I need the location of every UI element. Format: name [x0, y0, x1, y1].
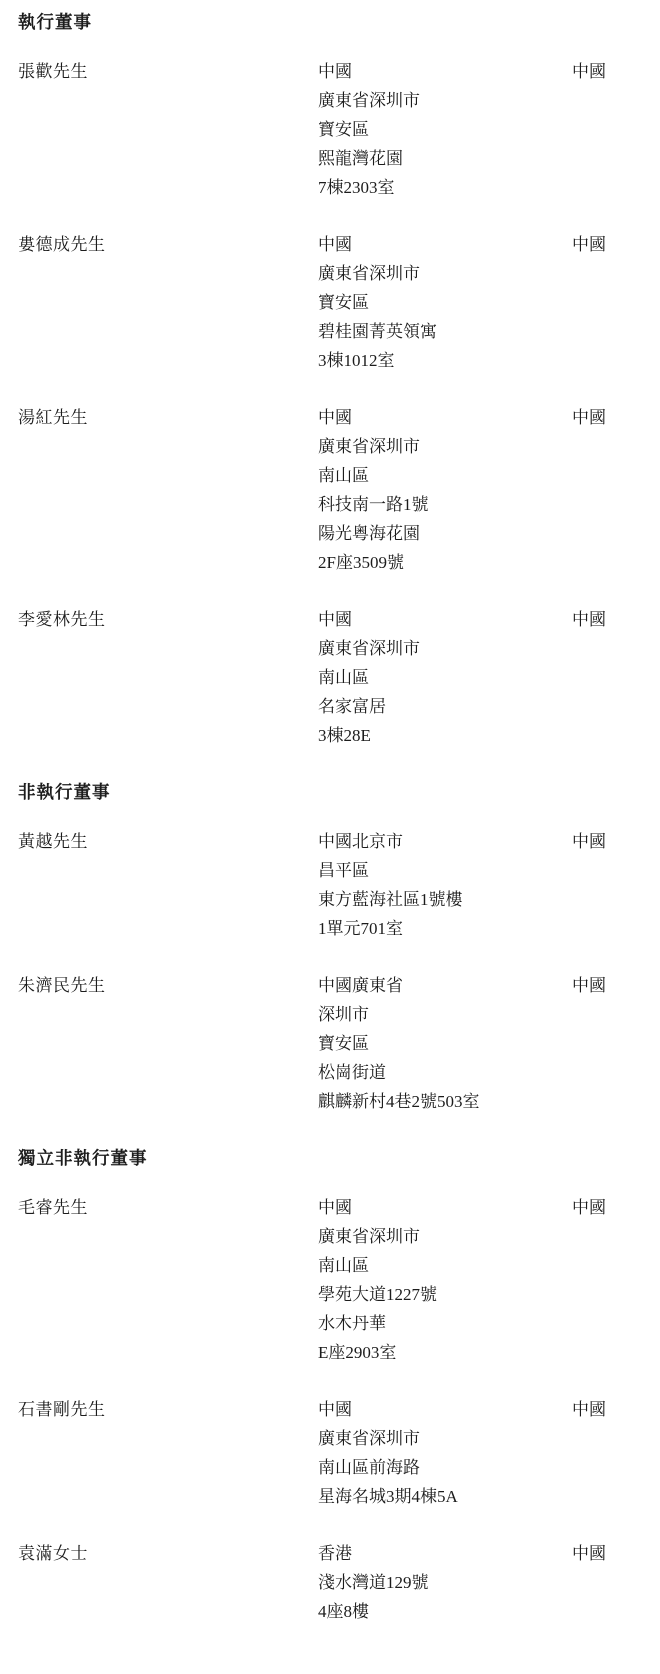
director-name: 李愛林先生: [18, 605, 318, 634]
address-line: 廣東省深圳市: [318, 432, 572, 461]
address-cell: 中國 廣東省深圳市 寶安區 碧桂園菁英領寓 3棟1012室: [318, 230, 572, 375]
director-name: 黃越先生: [18, 827, 318, 856]
director-row: 袁滿女士 香港 淺水灣道129號 4座8樓 中國: [18, 1539, 660, 1626]
section-independent-non-executive-directors: 獨立非執行董事 毛睿先生 中國 廣東省深圳市 南山區 學苑大道1227號 水木丹…: [18, 1144, 660, 1626]
section-heading: 獨立非執行董事: [18, 1144, 660, 1173]
director-row: 朱濟民先生 中國廣東省 深圳市 寶安區 松崗街道 麒麟新村4巷2號503室 中國: [18, 971, 660, 1116]
address-line: 中國廣東省: [318, 971, 572, 1000]
address-line: 松崗街道: [318, 1058, 572, 1087]
director-row: 毛睿先生 中國 廣東省深圳市 南山區 學苑大道1227號 水木丹華 E座2903…: [18, 1193, 660, 1367]
section-heading: 非執行董事: [18, 778, 660, 807]
address-line: 中國北京市: [318, 827, 572, 856]
director-name: 毛睿先生: [18, 1193, 318, 1222]
address-line: 寶安區: [318, 1029, 572, 1058]
address-line: 3棟1012室: [318, 346, 572, 375]
document-page: { "document": { "language": "zh-Hant", "…: [0, 0, 660, 1674]
director-row: 李愛林先生 中國 廣東省深圳市 南山區 名家富居 3棟28E 中國: [18, 605, 660, 750]
address-line: 淺水灣道129號: [318, 1568, 572, 1597]
address-line: 2F座3509號: [318, 548, 572, 577]
nationality: 中國: [572, 57, 660, 86]
nationality: 中國: [572, 605, 660, 634]
address-line: 昌平區: [318, 856, 572, 885]
address-line: 熙龍灣花園: [318, 144, 572, 173]
section-executive-directors: 執行董事 張歡先生 中國 廣東省深圳市 寶安區 熙龍灣花園 7棟2303室 中國…: [18, 8, 660, 750]
section-heading: 執行董事: [18, 8, 660, 37]
nationality: 中國: [572, 827, 660, 856]
address-line: 南山區: [318, 663, 572, 692]
address-line: 中國: [318, 403, 572, 432]
address-line: 中國: [318, 230, 572, 259]
address-cell: 中國廣東省 深圳市 寶安區 松崗街道 麒麟新村4巷2號503室: [318, 971, 572, 1116]
address-line: 中國: [318, 57, 572, 86]
director-row: 石書剛先生 中國 廣東省深圳市 南山區前海路 星海名城3期4棟5A 中國: [18, 1395, 660, 1511]
director-row: 黃越先生 中國北京市 昌平區 東方藍海社區1號樓 1單元701室 中國: [18, 827, 660, 943]
nationality: 中國: [572, 971, 660, 1000]
address-line: 廣東省深圳市: [318, 86, 572, 115]
address-line: 科技南一路1號: [318, 490, 572, 519]
address-cell: 中國北京市 昌平區 東方藍海社區1號樓 1單元701室: [318, 827, 572, 943]
director-name: 袁滿女士: [18, 1539, 318, 1568]
address-cell: 中國 廣東省深圳市 南山區 科技南一路1號 陽光粵海花園 2F座3509號: [318, 403, 572, 577]
address-line: 廣東省深圳市: [318, 634, 572, 663]
director-row: 湯紅先生 中國 廣東省深圳市 南山區 科技南一路1號 陽光粵海花園 2F座350…: [18, 403, 660, 577]
address-line: 南山區: [318, 1251, 572, 1280]
address-line: 香港: [318, 1539, 572, 1568]
address-line: 陽光粵海花園: [318, 519, 572, 548]
section-non-executive-directors: 非執行董事 黃越先生 中國北京市 昌平區 東方藍海社區1號樓 1單元701室 中…: [18, 778, 660, 1116]
address-line: 中國: [318, 605, 572, 634]
director-name: 湯紅先生: [18, 403, 318, 432]
address-line: 麒麟新村4巷2號503室: [318, 1087, 572, 1116]
director-name: 石書剛先生: [18, 1395, 318, 1424]
address-line: 名家富居: [318, 692, 572, 721]
address-line: E座2903室: [318, 1338, 572, 1367]
nationality: 中國: [572, 403, 660, 432]
address-line: 廣東省深圳市: [318, 259, 572, 288]
address-line: 中國: [318, 1395, 572, 1424]
address-cell: 中國 廣東省深圳市 南山區前海路 星海名城3期4棟5A: [318, 1395, 572, 1511]
nationality: 中國: [572, 230, 660, 259]
address-line: 7棟2303室: [318, 173, 572, 202]
address-line: 寶安區: [318, 115, 572, 144]
address-line: 碧桂園菁英領寓: [318, 317, 572, 346]
address-line: 東方藍海社區1號樓: [318, 885, 572, 914]
address-line: 水木丹華: [318, 1309, 572, 1338]
director-name: 朱濟民先生: [18, 971, 318, 1000]
address-cell: 中國 廣東省深圳市 南山區 學苑大道1227號 水木丹華 E座2903室: [318, 1193, 572, 1367]
director-row: 婁德成先生 中國 廣東省深圳市 寶安區 碧桂園菁英領寓 3棟1012室 中國: [18, 230, 660, 375]
address-line: 星海名城3期4棟5A: [318, 1482, 572, 1511]
director-name: 婁德成先生: [18, 230, 318, 259]
address-line: 寶安區: [318, 288, 572, 317]
nationality: 中國: [572, 1539, 660, 1568]
address-cell: 中國 廣東省深圳市 南山區 名家富居 3棟28E: [318, 605, 572, 750]
director-name: 張歡先生: [18, 57, 318, 86]
director-row: 張歡先生 中國 廣東省深圳市 寶安區 熙龍灣花園 7棟2303室 中國: [18, 57, 660, 202]
address-line: 4座8樓: [318, 1597, 572, 1626]
nationality: 中國: [572, 1395, 660, 1424]
address-line: 學苑大道1227號: [318, 1280, 572, 1309]
address-cell: 中國 廣東省深圳市 寶安區 熙龍灣花園 7棟2303室: [318, 57, 572, 202]
address-line: 中國: [318, 1193, 572, 1222]
address-line: 南山區前海路: [318, 1453, 572, 1482]
address-line: 南山區: [318, 461, 572, 490]
address-line: 廣東省深圳市: [318, 1424, 572, 1453]
address-line: 3棟28E: [318, 721, 572, 750]
address-line: 深圳市: [318, 1000, 572, 1029]
address-line: 1單元701室: [318, 914, 572, 943]
address-line: 廣東省深圳市: [318, 1222, 572, 1251]
address-cell: 香港 淺水灣道129號 4座8樓: [318, 1539, 572, 1626]
nationality: 中國: [572, 1193, 660, 1222]
